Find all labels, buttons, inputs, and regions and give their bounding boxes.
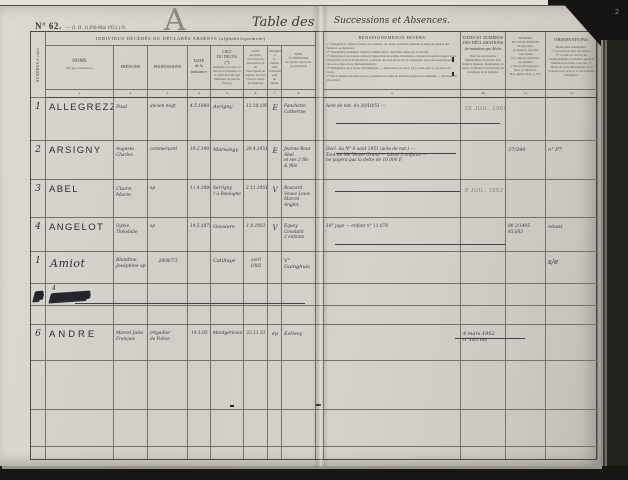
cell-prenoms: Blandine Joséphine sp (114, 252, 148, 284)
cell-profession: sp (148, 218, 188, 252)
cell-etat: V (268, 180, 282, 218)
cell-observations (546, 325, 598, 361)
empty-cell (268, 447, 282, 459)
empty-cell (546, 410, 598, 447)
hand-rule-line (335, 244, 505, 245)
empty-cell (114, 306, 148, 325)
cell-etat (268, 252, 282, 284)
group-header-individus: INDIVIDUS DÉCÉDÉS OU DÉCLARÉS ABSENTS (a… (46, 32, 316, 46)
empty-cell (324, 447, 461, 459)
empty-cell (211, 361, 244, 410)
cell-observations: s/e (546, 252, 598, 284)
cell-profession: 29/8/73 (148, 252, 188, 284)
cell-spacer (316, 141, 324, 180)
registry-date-stamp: 26 JUIL. 1951 n° 75 (461, 98, 506, 141)
cell-declaration (461, 284, 506, 306)
cell-nom: Amiot (46, 252, 114, 284)
cell-declaration (461, 252, 506, 284)
cell-naissance: 14.1.05 (188, 325, 211, 361)
scanned-register-photo: { "page": { "number_label": "N° 62.", "e… (0, 0, 628, 480)
col-header-observations-sub: Mentionner notamment : 1° Les renvois fa… (547, 45, 596, 77)
col-header-renseignements: RENSEIGNEMENTS DIVERS 1° Désignation, d'… (324, 32, 461, 90)
empty-cell (282, 410, 316, 447)
col-header-observations: OBSERVATIONS. Mentionner notamment : 1° … (546, 32, 598, 90)
col-header-prenoms: PRÉNOMS (114, 46, 148, 90)
cell-declaration (461, 218, 506, 252)
empty-cell (46, 410, 114, 447)
cell-conjoint: Equey Constant 2 enfants (282, 218, 316, 252)
empty-cell (506, 306, 546, 325)
empty-cell (46, 447, 114, 459)
cell-numero: 3 (31, 180, 46, 218)
col-header-declarations-sub: Pour les successions immobilières déclar… (462, 54, 504, 74)
ink-speck (230, 405, 234, 407)
cell-observations (546, 98, 598, 141)
empty-cell (268, 306, 282, 325)
cell-inscription (506, 252, 546, 284)
empty-cell (46, 361, 114, 410)
col-header-naissance: DATE de la naissance (188, 46, 211, 90)
cell-conjoint: V° Guinghuis (282, 252, 316, 284)
cell-inscription (506, 284, 546, 306)
empty-cell (546, 306, 598, 325)
col-header-declarations-label: DATES ET NUMÉROS DES DÉCLARATIONS de mut… (462, 33, 504, 51)
empty-cell (211, 306, 244, 325)
empty-cell (31, 306, 46, 325)
empty-cell (324, 361, 461, 410)
cell-profession: ancien négt (148, 98, 188, 141)
cell-etat: E (268, 98, 282, 141)
cell-naissance: 11.4.1884 (188, 180, 211, 218)
cell-conjoint: Fanchette Catherine (282, 98, 316, 141)
empty-cell (114, 361, 148, 410)
cell-inscription (506, 325, 546, 361)
col-number: 2 (114, 90, 148, 98)
cell-lieu: Avrigny (211, 98, 244, 141)
cell-renseignements (324, 325, 461, 361)
empty-cell (244, 306, 268, 325)
cell-profession: commerçant (148, 141, 188, 180)
table-row: 4 ANGELOT Sylvie, Théodulie sp 14.5.1875… (31, 218, 596, 252)
cell-naissance: 10.2.1901 (188, 141, 211, 180)
empty-cell (31, 410, 46, 447)
col-number: 5 (211, 90, 244, 98)
corner-page-number: 2 (615, 9, 619, 16)
col-number: 11 (506, 90, 546, 98)
table-row-empty (31, 447, 596, 459)
cell-observations (546, 284, 598, 306)
table-row-empty (31, 306, 596, 325)
col-header-lieu: LIEU DU DÉCÈS (*) (Indiquer, en outre, l… (211, 46, 244, 90)
cell-prenoms: Claire, Marie (114, 180, 148, 218)
scratched-name: (rayé) (49, 291, 91, 301)
table-header: NUMÉROS d'ordre INDIVIDUS DÉCÉDÉS OU DÉC… (31, 32, 596, 98)
registry-date-stamp: 8 JUIL. 1952 n° 60 (461, 180, 506, 218)
cell-deces: avril 1902 (244, 252, 268, 284)
cell-nom: ANGELOT (46, 218, 114, 252)
col-header-renseignements-sub: 1° Désignation, d'après la notice de la … (325, 41, 459, 83)
empty-cell (31, 361, 46, 410)
cell-numero: 6 (31, 325, 46, 361)
register-page: N° 62. — (J. H. 11200-Mai 1951.) O. A Ta… (0, 5, 601, 466)
col-header-numero-label: NUMÉROS d'ordre (36, 47, 40, 82)
empty-cell (211, 447, 244, 459)
page-title-left: Table des (252, 15, 314, 30)
cell-nom: ALLEGREZZA (46, 98, 114, 141)
table-row: 1 ALLEGREZZA Paul ancien négt 4.5.1880 A… (31, 98, 596, 141)
cell-numero (31, 284, 46, 306)
cell-naissance: 4.5.1880 (188, 98, 211, 141)
empty-cell (188, 306, 211, 325)
cell-renseignements: Acte de not. du 30/10/51 — (324, 98, 461, 141)
cell-spacer (316, 180, 324, 218)
ink-speck (452, 57, 454, 62)
cell-deces: 23.11.51 (244, 325, 268, 361)
cell-etat: ép (268, 325, 282, 361)
cell-deces: 2.11.1951 (244, 180, 268, 218)
cell-etat: V (268, 218, 282, 252)
empty-cell (316, 447, 324, 459)
empty-cell (148, 410, 188, 447)
cell-renseignements (324, 252, 461, 284)
col-number: 6 (244, 90, 268, 98)
empty-cell (188, 447, 211, 459)
table-row: 6 ANDRE Marcel Jules François brigadier … (31, 325, 596, 361)
cell-inscription (506, 98, 546, 141)
col-header-numero: NUMÉROS d'ordre (31, 32, 46, 98)
empty-cell (316, 410, 324, 447)
cell-naissance (188, 252, 211, 284)
cell-spacer (316, 325, 324, 361)
hand-rule-line (336, 123, 500, 124)
col-header-conjoint: NOM ET PRÉNOMS de l'époux survivant ou p… (282, 46, 316, 90)
empty-cell (268, 361, 282, 410)
cell-renseignements (324, 284, 461, 306)
empty-cell (506, 447, 546, 459)
col-number: 9 (324, 90, 461, 98)
empty-cell (461, 410, 506, 447)
table-row: 3 ABEL Claire, Marie sp 11.4.1884 Serrig… (31, 180, 596, 218)
hand-rule-line (455, 338, 525, 339)
col-number: 10 (461, 90, 506, 98)
cell-lieu: Serrigny † à Boulogne (211, 180, 244, 218)
col-number: 7 (268, 90, 282, 98)
empty-cell (46, 306, 114, 325)
col-header-declarations: DATES ET NUMÉROS DES DÉCLARATIONS de mut… (461, 32, 506, 90)
cell-spacer (316, 252, 324, 284)
cell-naissance: 14.5.1875 (188, 218, 211, 252)
empty-cell (506, 361, 546, 410)
col-header-noms: NOMS (En gros caractères.) (46, 46, 114, 90)
hand-rule-line (335, 191, 460, 192)
cell-renseignements: 10° juge — enfant n° 11.078 (324, 218, 461, 252)
hand-rule-line (336, 153, 456, 154)
cell-numero: 1 (31, 252, 46, 284)
col-header-renseignements-label: RENSEIGNEMENTS DIVERS (325, 33, 459, 41)
cell-nom: ANDRE (46, 325, 114, 361)
col-number: 8 (282, 90, 316, 98)
col-number: 12 (546, 90, 598, 98)
empty-cell (546, 361, 598, 410)
col-header-lieu-label: LIEU DU DÉCÈS (*) (212, 47, 242, 65)
col-header-professions: PROFESSIONS (148, 46, 188, 90)
cell-deces: 30.4.1951 (244, 141, 268, 180)
cell-nom: ABEL (46, 180, 114, 218)
cell-profession: sp (148, 180, 188, 218)
empty-cell (148, 447, 188, 459)
table-row: 1 Amiot Blandine Joséphine sp 29/8/73 Ca… (31, 252, 596, 284)
cell-profession: brigadier de Police (148, 325, 188, 361)
cell-declaration: 4 mars 1952 n°183 bis (461, 325, 506, 361)
ink-speck (316, 404, 321, 406)
empty-cell (114, 447, 148, 459)
cell-prenoms: Marcel Jules François (114, 325, 148, 361)
col-header-noms-label: NOMS (47, 47, 112, 66)
empty-cell (244, 410, 268, 447)
col-number: 4 (188, 90, 211, 98)
page-stack-edges (601, 40, 628, 466)
cell-lieu: Montgéricourt (211, 325, 244, 361)
ink-scribble (33, 291, 44, 300)
col-header-inscription: NUMÉRO DE L'INSCRIPTION au répertoire ou… (506, 32, 546, 90)
cell-numero: 2 (31, 141, 46, 180)
hand-rule-line (75, 303, 305, 304)
page-title-right: Successions et Absences. (334, 16, 450, 26)
cell-inscription: 37/340 (506, 141, 546, 180)
table-row: 2 ARSIGNY Auguste, Charles commerçant 10… (31, 141, 596, 180)
empty-cell (546, 447, 598, 459)
cell-conjoint: Boucard Veuve Louis Marcel Anglot. (282, 180, 316, 218)
cell-observations: néant (546, 218, 598, 252)
empty-cell (268, 410, 282, 447)
cell-prenoms: Auguste, Charles (114, 141, 148, 180)
empty-cell (188, 410, 211, 447)
col-header-spacer (316, 32, 324, 98)
empty-cell (282, 361, 316, 410)
cell-inscription: 88 3/1405 85.603 (506, 218, 546, 252)
cell-lieu: Gossiers (211, 218, 244, 252)
empty-cell (188, 361, 211, 410)
cell-prenoms: Paul (114, 98, 148, 141)
cell-etat: E (268, 141, 282, 180)
ink-speck (452, 72, 454, 76)
empty-cell (244, 447, 268, 459)
table-row-empty (31, 410, 596, 447)
cell-deces: 12.10.1951 (244, 98, 268, 141)
empty-cell (324, 410, 461, 447)
cell-conjoint: Estievy (282, 325, 316, 361)
empty-cell (148, 306, 188, 325)
empty-cell (316, 361, 324, 410)
cell-conjoint: Jeanne Bout Abel et ses 2 fils & fille (282, 141, 316, 180)
cell-renseignements (324, 180, 461, 218)
empty-cell (211, 410, 244, 447)
cell-spacer (316, 284, 324, 306)
cell-numero: 1 (31, 98, 46, 141)
cell-inscription (506, 180, 546, 218)
col-number: 3 (148, 90, 188, 98)
empty-cell (461, 306, 506, 325)
cell-declaration (461, 141, 506, 180)
empty-cell (282, 447, 316, 459)
col-header-lieu-sub: (Indiquer, en outre, le lieu de la naiss… (212, 65, 242, 85)
col-header-observations-label: OBSERVATIONS. (547, 33, 596, 43)
successions-table: NUMÉROS d'ordre INDIVIDUS DÉCÉDÉS OU DÉC… (30, 31, 597, 460)
empty-cell (506, 410, 546, 447)
cell-renseignements: Décl. du N° 8 août 1951 (acte de not.) —… (324, 141, 461, 180)
bottom-page-edge (2, 466, 602, 469)
cell-spacer (316, 218, 324, 252)
cell-nom: ARSIGNY (46, 141, 114, 180)
cell-prenoms: Sylvie, Théodulie (114, 218, 148, 252)
cell-lieu: Catillaye (211, 252, 244, 284)
col-header-deces: DATE du décès, de l'envoi en possession … (244, 46, 268, 90)
page-title-left-text: Table des (252, 15, 314, 30)
empty-cell (282, 306, 316, 325)
form-number: N° 62. (35, 21, 62, 31)
cell-spacer (316, 98, 324, 141)
empty-cell (148, 361, 188, 410)
empty-cell (114, 410, 148, 447)
cell-deces: 1.8.1951 (244, 218, 268, 252)
col-number: 1 (46, 90, 114, 98)
cell-observations: n° P7 (546, 141, 598, 180)
col-header-etat: INDIQUER si le défunt était célibataire,… (268, 46, 282, 90)
empty-cell (244, 361, 268, 410)
empty-cell (461, 361, 506, 410)
cell-observations (546, 180, 598, 218)
col-header-noms-sub: (En gros caractères.) (47, 66, 112, 70)
cell-numero: 4 (31, 218, 46, 252)
empty-cell (324, 306, 461, 325)
cell-lieu: Marsangy (211, 141, 244, 180)
empty-cell (461, 447, 506, 459)
empty-cell (316, 306, 324, 325)
empty-cell (31, 447, 46, 459)
table-row-empty (31, 361, 596, 410)
